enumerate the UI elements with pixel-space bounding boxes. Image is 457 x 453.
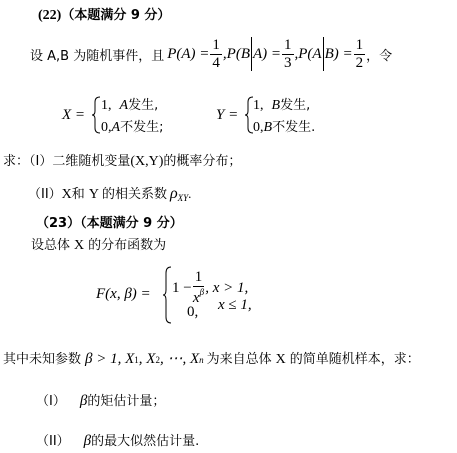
pA-fraction: 14 (210, 38, 222, 71)
q22-header: (22)（本题满分 9 分） (38, 4, 170, 24)
q23-number: （23） (36, 216, 80, 231)
y-case1-value: 1, (253, 98, 264, 113)
case1-numerator: 1 (193, 270, 205, 287)
part-2-label: （II） (28, 187, 62, 202)
y-case2-value: 0, (253, 120, 264, 135)
conditional-bar (323, 37, 324, 71)
period: . (188, 186, 191, 201)
var-x: X (276, 352, 286, 368)
var-y: Y (89, 187, 99, 202)
x-case1-cond: 发生, (128, 98, 158, 113)
part-2-label: （II） (36, 434, 70, 449)
case1-fraction: 1xβ (193, 270, 205, 306)
q23-header: （23）（本题满分 9 分） (36, 212, 183, 231)
pA-lhs: P(A) = (167, 46, 209, 63)
sample-text-b: 为来自总体 (207, 348, 272, 367)
q22-score-note: （本题满分 9 分） (61, 8, 170, 23)
sample-mid-2: , ⋯, X (160, 349, 199, 368)
x-case2-var: A (112, 120, 121, 135)
ask-prefix: 求： (3, 154, 29, 169)
x-case2-cond: 不发生; (120, 120, 163, 135)
var-x: X (62, 187, 72, 202)
q23-intro-a: 设总体 (31, 238, 70, 253)
part-2-and: 和 (72, 187, 85, 202)
x-case2-value: 0, (101, 120, 112, 135)
q23-part-1: （I）β的矩估计量； (36, 390, 165, 410)
pAB-denominator: 2 (354, 55, 366, 71)
pAB-lhs-b: B) = (325, 46, 353, 63)
y-case1-cond: 发生, (280, 98, 310, 113)
x-case1-var: A (120, 98, 129, 113)
q23-intro-b: 的分布函数为 (88, 238, 166, 253)
q22-intro-line: 设 A,B 为随机事件，且 P(A) = 14 ,P(B A) = 13 ,P(… (30, 32, 392, 76)
xy-pair: (X,Y) (130, 154, 163, 169)
q22-intro-prefix: 设 A,B 为随机事件，且 (30, 45, 164, 64)
pBA-denominator: 3 (282, 55, 294, 71)
part-2-text: 的最大似然估计量. (91, 434, 199, 449)
y-case-2: 0,B不发生. (253, 116, 315, 136)
y-case2-var: B (264, 120, 273, 135)
pAB-numerator: 1 (354, 38, 366, 55)
f-lhs: F(x, β) = (96, 286, 151, 303)
y-def-lhs: Y = (216, 107, 238, 124)
sample-text-c: 的简单随机样本，求： (290, 348, 420, 367)
rho-symbol: ρ (170, 185, 178, 202)
case2-value: 0, (187, 304, 198, 321)
q22-part-2: （II）X和Y的相关系数ρXY. (28, 183, 191, 203)
pA-numerator: 1 (210, 38, 222, 55)
x-case1-value: 1, (101, 98, 112, 113)
rho-subscript: XY (178, 193, 189, 203)
x-def-lhs: X = (62, 107, 85, 124)
part-1-label: （I） (29, 154, 52, 169)
sample-text-a: 其中未知参数 (3, 348, 81, 367)
var-x: X (74, 238, 84, 253)
pBA-fraction: 13 (282, 38, 294, 71)
y-case1-var: B (272, 98, 281, 113)
q23-sample-line: 其中未知参数 β > 1, X1 , X2 , ⋯, Xn 为来自总体 X 的简… (3, 348, 420, 368)
case1-den-exp: β (200, 287, 204, 297)
x-case-1: 1,A发生, (101, 94, 158, 114)
one-minus: 1 − (172, 280, 192, 297)
part-1-text: 二维随机变量 (52, 154, 130, 169)
x-case-2: 0,A不发生; (101, 116, 163, 136)
q22-intro-suffix: ，令 (366, 45, 392, 64)
pA-denominator: 4 (210, 55, 222, 71)
sub-n: n (199, 355, 204, 365)
q23-intro: 设总体X的分布函数为 (31, 234, 166, 254)
part-1-text-end: 的概率分布； (163, 154, 241, 169)
part-2-text: 的相关系数 (102, 187, 167, 202)
part-1-label: （I） (36, 394, 66, 409)
pAB-fraction: 12 (354, 38, 366, 71)
pBA-lhs-b: A) = (253, 46, 281, 63)
q22-number: (22) (38, 8, 61, 23)
q23-score-note: （本题满分 9 分） (80, 216, 183, 231)
pBA-numerator: 1 (282, 38, 294, 55)
part-1-text: 的矩估计量； (87, 394, 165, 409)
q22-part-1: 求：（I）二维随机变量(X,Y)的概率分布； (3, 150, 241, 170)
y-case2-cond: 不发生. (272, 120, 315, 135)
case1-condition: , x > 1, (205, 280, 248, 297)
q23-part-2: （II）β的最大似然估计量. (36, 430, 199, 450)
pAB-lhs-a: ,P(A (295, 46, 322, 63)
case2-condition: x ≤ 1, (218, 297, 252, 314)
y-case-1: 1,B发生, (253, 94, 310, 114)
sample-mid-1: , X (139, 351, 156, 368)
conditional-bar (251, 37, 252, 71)
sample-math: β > 1, X (85, 351, 134, 368)
pBA-lhs-a: ,P(B (223, 46, 250, 63)
